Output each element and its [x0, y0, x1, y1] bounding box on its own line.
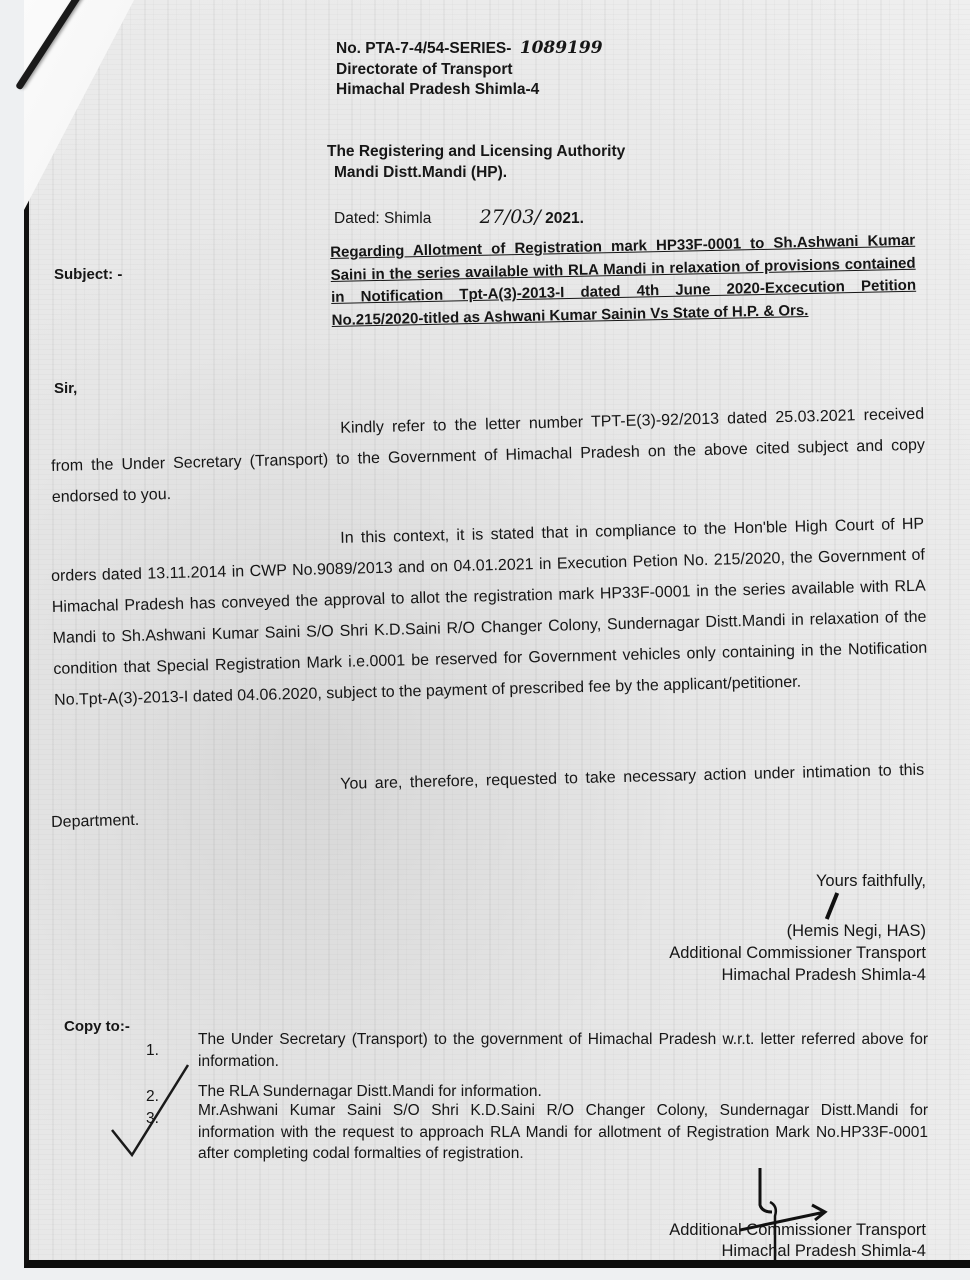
indent: [50, 543, 340, 550]
signature-block: Yours faithfully, (Hemis Negi, HAS) Addi…: [669, 870, 926, 986]
office-name: Directorate of Transport: [336, 60, 513, 80]
paragraph-2: In this context, it is stated that in co…: [50, 509, 928, 716]
addressee-line1: The Registering and Licensing Authority: [327, 142, 625, 162]
signatory-designation: Additional Commissioner Transport: [669, 942, 926, 964]
office-location: Himachal Pradesh Shimla-4: [336, 80, 539, 100]
addressee-line2: Mandi Distt.Mandi (HP).: [334, 163, 507, 183]
paragraph-2-text: In this context, it is stated that in co…: [51, 516, 927, 709]
signatory-location: Himachal Pradesh Shimla-4: [669, 964, 926, 986]
paragraph-1-text: Kindly refer to the letter number TPT-E(…: [51, 406, 925, 506]
footer-designation: Additional Commissioner Transport: [669, 1220, 926, 1241]
footer-location: Himachal Pradesh Shimla-4: [669, 1241, 926, 1262]
copy-to-label: Copy to:-: [64, 1018, 130, 1035]
signatory-name: (Hemis Negi, HAS): [669, 920, 926, 942]
dated-handwritten: 27/03/: [480, 206, 541, 228]
copy-item-1-text: The Under Secretary (Transport) to the g…: [198, 1029, 928, 1072]
subject-label: Subject: -: [54, 266, 122, 283]
file-number-prefix: No. PTA-7-4/54-SERIES-: [336, 40, 511, 57]
closing: Yours faithfully,: [669, 870, 926, 892]
check-mark-icon: [110, 1060, 190, 1160]
file-number: No. PTA-7-4/54-SERIES- 1089199: [336, 38, 603, 59]
dated-label: Dated: Shimla: [334, 210, 431, 227]
copy-item-3-text: Mr.Ashwani Kumar Saini S/O Shri K.D.Sain…: [198, 1100, 928, 1165]
copy-item-1-number: 1.: [146, 1042, 159, 1060]
salutation: Sir,: [54, 380, 77, 397]
footer-signature-block: Additional Commissioner Transport Himach…: [669, 1220, 926, 1262]
dated-year: 2021.: [545, 210, 584, 227]
subject-text: Regarding Allotment of Registration mark…: [330, 230, 917, 332]
background-strip: [0, 1268, 970, 1280]
signature-stroke: [669, 892, 926, 920]
dated-line: Dated: Shimla 27/03/ 2021.: [334, 206, 584, 228]
indent: [50, 433, 340, 440]
file-number-handwritten: 1089199: [520, 38, 603, 58]
indent: [50, 789, 340, 796]
